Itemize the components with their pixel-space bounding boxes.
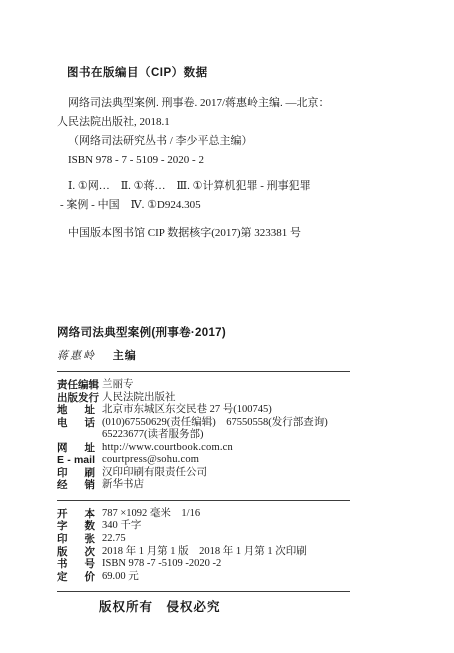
cip-class-line-1: Ⅰ. ①网… Ⅱ. ①蒋… Ⅲ. ①计算机犯罪 - 刑事犯罪 [57,177,350,196]
cip-classification: Ⅰ. ①网… Ⅱ. ①蒋… Ⅲ. ①计算机犯罪 - 刑事犯罪 - 案例 - 中国… [57,177,350,215]
table-row: 责任编辑 兰丽专 [57,379,350,392]
row-label: 开本 [57,508,95,521]
table-row: 印张 22.75 [57,533,350,546]
table-row: 地址 北京市东城区东交民巷 27 号(100745) [57,404,350,417]
divider-top [57,371,350,372]
table-row: 网址 http://www.courtbook.com.cn [57,442,350,455]
row-value: ISBN 978 -7 -5109 -2020 -2 [95,558,221,571]
table-row: 出版发行 人民法院出版社 [57,392,350,405]
cip-isbn: ISBN 978 - 7 - 5109 - 2020 - 2 [57,151,350,170]
table-row: 字数 340 千字 [57,520,350,533]
cip-entry-line-1: 网络司法典型案例. 刑事卷. 2017/蒋惠岭主编. —北京： [57,94,350,113]
row-value: http://www.courtbook.com.cn [95,442,233,455]
row-value: 2018 年 1 月第 1 版 2018 年 1 月第 1 次印刷 [95,546,307,559]
row-value: 新华书店 [95,479,144,492]
cip-header: 图书在版编目（CIP）数据 [57,66,350,80]
cip-registry-number: 中国版本图书馆 CIP 数据核字(2017)第 323381 号 [57,224,350,243]
row-label: 版次 [57,546,95,559]
table-row: E - mail courtpress@sohu.com [57,454,350,467]
row-value: 人民法院出版社 [95,392,176,405]
row-label: 经销 [57,479,95,492]
row-value: 兰丽专 [95,379,134,392]
table-row: 电话 (010)67550629(责任编辑) 67550558(发行部查询) [57,417,350,430]
cip-series-note: （网络司法研究丛书 / 李少平总主编） [57,132,350,151]
row-label: 印刷 [57,467,95,480]
cip-entry-line-2: 人民法院出版社, 2018.1 [57,113,350,132]
row-value: (010)67550629(责任编辑) 67550558(发行部查询) [95,417,328,430]
row-value: 汉印印刷有限责任公司 [95,467,207,480]
row-value-continued: 65223677(读者服务部) [57,429,350,442]
cip-block: 图书在版编目（CIP）数据 网络司法典型案例. 刑事卷. 2017/蒋惠岭主编.… [57,66,350,243]
format-table: 开本 787 ×1092 毫米 1/16 字数 340 千字 印张 22.75 … [57,508,350,583]
row-value: 北京市东城区东交民巷 27 号(100745) [95,404,272,417]
cip-class-line-2: - 案例 - 中国 Ⅳ. ①D924.305 [57,196,350,215]
publication-table: 责任编辑 兰丽专 出版发行 人民法院出版社 地址 北京市东城区东交民巷 27 号… [57,379,350,492]
row-value: 787 ×1092 毫米 1/16 [95,508,200,521]
divider-bottom [57,591,350,592]
divider-middle [57,500,350,501]
row-value: 69.00 元 [95,571,139,584]
page-content: 图书在版编目（CIP）数据 网络司法典型案例. 刑事卷. 2017/蒋惠岭主编.… [57,66,350,615]
row-label: 出版发行 [57,392,95,405]
table-row: 经销 新华书店 [57,479,350,492]
row-value: courtpress@sohu.com [95,454,199,467]
row-label: 责任编辑 [57,379,95,392]
book-title: 网络司法典型案例(刑事卷·2017) [57,326,350,340]
table-row: 印刷 汉印印刷有限责任公司 [57,467,350,480]
author-line: 蒋惠岭 主编 [57,349,350,363]
row-label: 电话 [57,417,95,430]
row-value: 22.75 [95,533,126,546]
copyright-notice: 版权所有 侵权必究 [57,600,350,615]
table-row: 开本 787 ×1092 毫米 1/16 [57,508,350,521]
table-row: 书号 ISBN 978 -7 -5109 -2020 -2 [57,558,350,571]
row-label: 书号 [57,558,95,571]
row-label: 网址 [57,442,95,455]
row-label: 字数 [57,520,95,533]
table-row: 版次 2018 年 1 月第 1 版 2018 年 1 月第 1 次印刷 [57,546,350,559]
copyright-page: 图书在版编目（CIP）数据 网络司法典型案例. 刑事卷. 2017/蒋惠岭主编.… [0,0,454,653]
row-value: 340 千字 [95,520,141,533]
row-label: 地址 [57,404,95,417]
author-role: 主编 [113,350,137,362]
author-name: 蒋惠岭 [57,350,96,362]
row-label: 印张 [57,533,95,546]
row-label: E - mail [57,454,95,467]
table-row: 定价 69.00 元 [57,571,350,584]
row-label: 定价 [57,571,95,584]
